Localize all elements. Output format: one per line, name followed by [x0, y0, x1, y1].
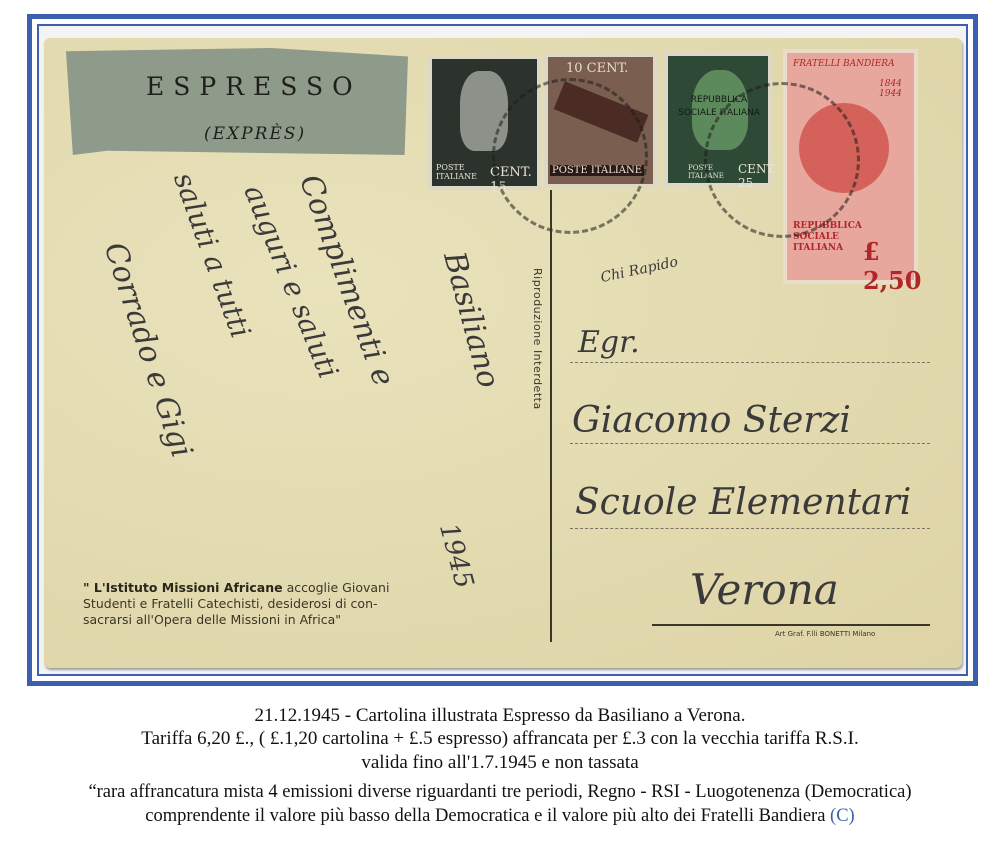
postmark-cancel [492, 78, 648, 234]
handwritten-address-line: Verona [690, 565, 839, 614]
reproduction-notice: Riproduzione Interdetta [531, 268, 544, 410]
caption-tariff: Tariffa 6,20 £., ( £.1,20 cartolina + £.… [0, 728, 1000, 750]
printer-credit: Art Graf. F.lli BONETTI Milano [775, 630, 875, 638]
postmark-cancel [704, 82, 860, 238]
handwritten-address-line: Scuole Elementari [575, 482, 911, 523]
handwritten-address-line: Giacomo Sterzi [572, 400, 851, 441]
handwritten-address-line: Egr. [578, 325, 640, 360]
imprint-text: accoglie Giovani [283, 580, 390, 595]
stamp-title: FRATELLI BANDIERA [793, 59, 895, 69]
stamp-years: 1844 1944 [879, 79, 905, 99]
imprint-text: sacrarsi all'Opera delle Missioni in Afr… [83, 612, 389, 628]
address-line [570, 362, 930, 363]
imprint-bold: " L'Istituto Missioni Africane [83, 580, 283, 595]
caption-note: “rara affrancatura mista 4 emissioni div… [0, 782, 1000, 803]
address-line [570, 443, 930, 444]
espresso-label-title: ESPRESSO [146, 72, 362, 101]
caption-validity: valida fino all'1.7.1945 e non tassata [0, 752, 1000, 774]
caption-note-continued: comprendente il valore più basso della D… [0, 806, 1000, 827]
caption-title: 21.12.1945 - Cartolina illustrata Espres… [0, 705, 1000, 727]
stamp-value: £ 2,50 [863, 237, 921, 295]
stamp-value: 10 CENT. [566, 61, 628, 76]
stamp-text: POSTE ITALIANE [436, 163, 486, 181]
address-line [570, 528, 930, 529]
printer-line [652, 624, 930, 626]
espresso-label: ESPRESSO (EXPRÈS) [66, 48, 408, 155]
rarity-grade: (C) [830, 806, 855, 826]
caption-note-text: comprendente il valore più basso della D… [145, 806, 825, 826]
espresso-label-subtitle: (EXPRÈS) [204, 124, 306, 144]
card-divider [550, 190, 552, 642]
imprint-text: Studenti e Fratelli Catechisti, desidero… [83, 596, 389, 612]
printed-imprint: " L'Istituto Missioni Africane accoglie … [83, 580, 389, 628]
